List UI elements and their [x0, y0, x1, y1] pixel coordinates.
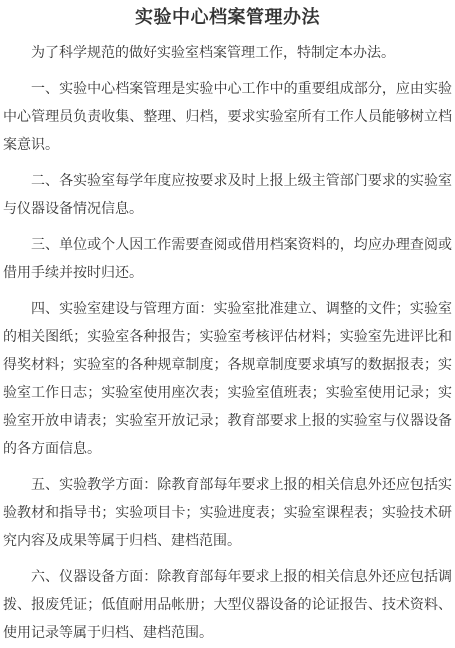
paragraph-item-6: 六、仪器设备方面：除教育部每年要求上报的相关信息外还应包括调拨、报废凭证；低值耐… — [3, 562, 452, 646]
document-title: 实验中心档案管理办法 — [3, 4, 452, 30]
paragraph-item-5: 五、实验教学方面：除教育部每年要求上报的相关信息外还应包括实验教材和指导书；实验… — [3, 470, 452, 554]
document-page: 实验中心档案管理办法 为了科学规范的做好实验室档案管理工作，特制定本办法。 一、… — [0, 0, 455, 648]
paragraph-item-1: 一、实验中心档案管理是实验中心工作中的重要组成部分，应由实验中心管理员负责收集、… — [3, 74, 452, 158]
paragraph-item-2: 二、各实验室每学年度应按要求及时上报上级主管部门要求的实验室与仪器设备情况信息。 — [3, 166, 452, 222]
paragraph-item-3: 三、单位或个人因工作需要查阅或借用档案资料的，均应办理查阅或借用手续并按时归还。 — [3, 230, 452, 286]
paragraph-item-4: 四、实验室建设与管理方面：实验室批准建立、调整的文件；实验室的相关图纸；实验室各… — [3, 294, 452, 462]
paragraph-intro: 为了科学规范的做好实验室档案管理工作，特制定本办法。 — [3, 38, 452, 66]
